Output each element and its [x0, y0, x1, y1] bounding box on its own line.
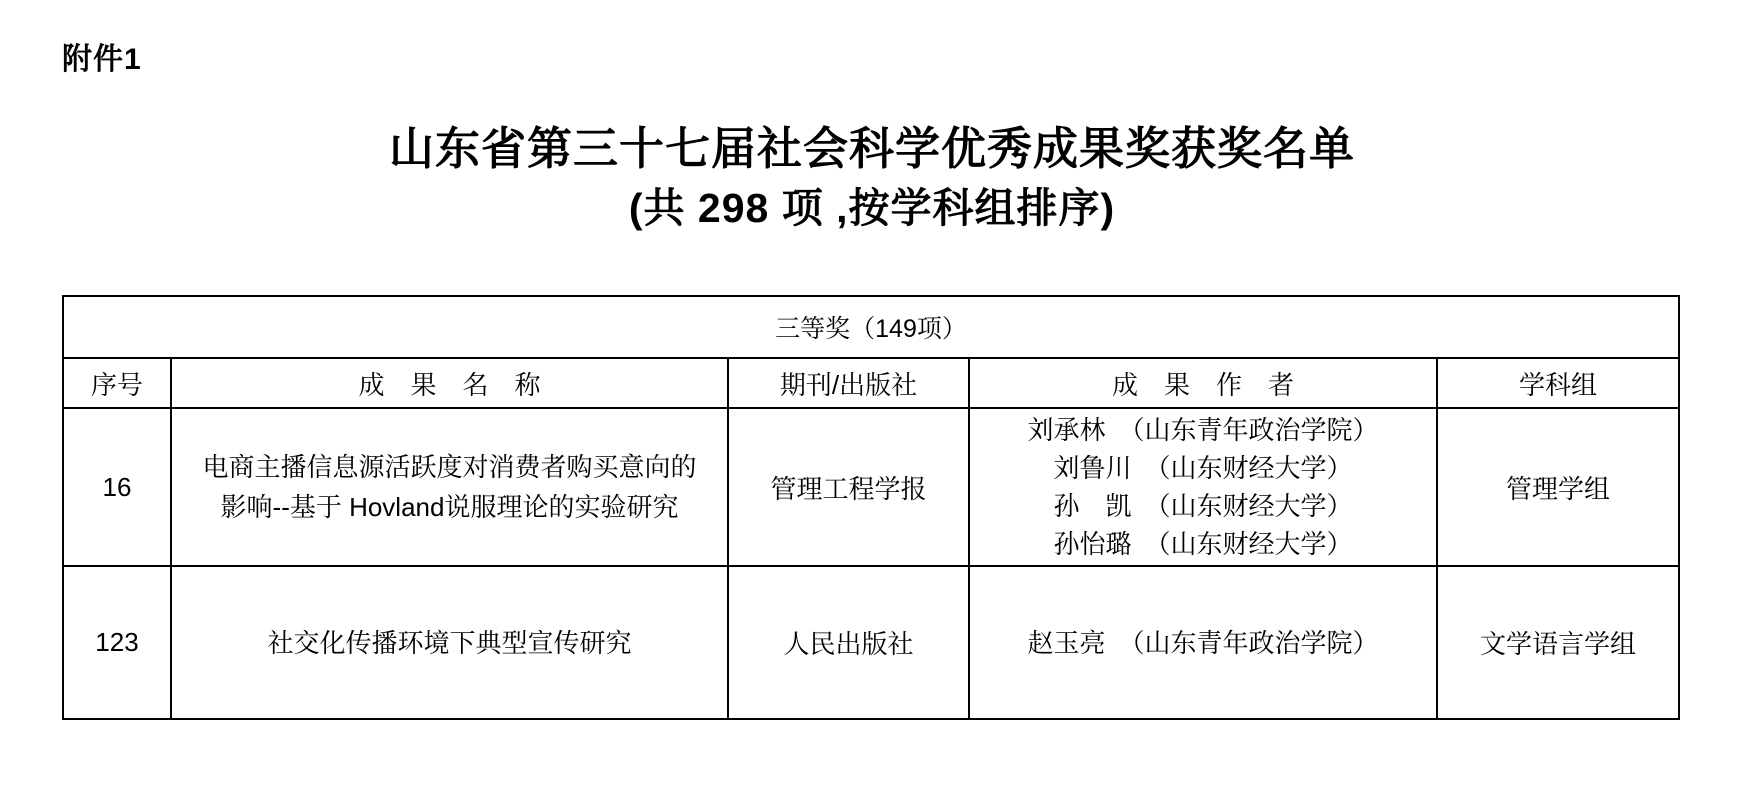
- cell-publisher: 管理工程学报: [728, 408, 969, 566]
- title-line: 电商主播信息源活跃度对消费者购买意向的: [172, 447, 727, 487]
- title-line: 影响--基于 Hovland说服理论的实验研究: [172, 487, 727, 527]
- col-header-title: 成 果 名 称: [171, 358, 728, 408]
- col-header-authors: 成 果 作 者: [969, 358, 1437, 408]
- cell-authors: 赵玉亮 （山东青年政治学院）: [969, 566, 1437, 719]
- document-title: 山东省第三十七届社会科学优秀成果奖获奖名单: [0, 118, 1744, 180]
- col-header-no: 序号: [63, 358, 171, 408]
- table-row: 123 社交化传播环境下典型宣传研究 人民出版社 赵玉亮 （山东青年政治学院） …: [63, 566, 1679, 719]
- cell-title: 电商主播信息源活跃度对消费者购买意向的 影响--基于 Hovland说服理论的实…: [171, 408, 728, 566]
- cell-publisher: 人民出版社: [728, 566, 969, 719]
- cell-group: 管理学组: [1437, 408, 1679, 566]
- title-block: 山东省第三十七届社会科学优秀成果奖获奖名单 (共 298 项 ,按学科组排序): [0, 118, 1744, 236]
- column-header-row: 序号 成 果 名 称 期刊/出版社 成 果 作 者 学科组: [63, 358, 1679, 408]
- cell-authors: 刘承林 （山东青年政治学院） 刘鲁川 （山东财经大学） 孙 凯 （山东财经大学）…: [969, 408, 1437, 566]
- cell-group: 文学语言学组: [1437, 566, 1679, 719]
- attachment-label: 附件1: [62, 34, 142, 78]
- document-page: 附件1 山东省第三十七届社会科学优秀成果奖获奖名单 (共 298 项 ,按学科组…: [0, 0, 1744, 796]
- cell-no: 123: [63, 566, 171, 719]
- title-line: 社交化传播环境下典型宣传研究: [172, 623, 727, 663]
- author-line: 孙 凯 （山东财经大学）: [970, 487, 1436, 525]
- author-line: 赵玉亮 （山东青年政治学院）: [970, 624, 1436, 662]
- col-header-publisher: 期刊/出版社: [728, 358, 969, 408]
- author-line: 刘承林 （山东青年政治学院）: [970, 411, 1436, 449]
- document-subtitle: (共 298 项 ,按学科组排序): [0, 180, 1744, 236]
- section-header-cell: 三等奖（149项）: [63, 296, 1679, 358]
- author-line: 孙怡璐 （山东财经大学）: [970, 525, 1436, 563]
- col-header-group: 学科组: [1437, 358, 1679, 408]
- table-row: 16 电商主播信息源活跃度对消费者购买意向的 影响--基于 Hovland说服理…: [63, 408, 1679, 566]
- cell-title: 社交化传播环境下典型宣传研究: [171, 566, 728, 719]
- section-header-row: 三等奖（149项）: [63, 296, 1679, 358]
- award-table: 三等奖（149项） 序号 成 果 名 称 期刊/出版社 成 果 作 者 学科组 …: [62, 295, 1680, 720]
- author-line: 刘鲁川 （山东财经大学）: [970, 449, 1436, 487]
- cell-no: 16: [63, 408, 171, 566]
